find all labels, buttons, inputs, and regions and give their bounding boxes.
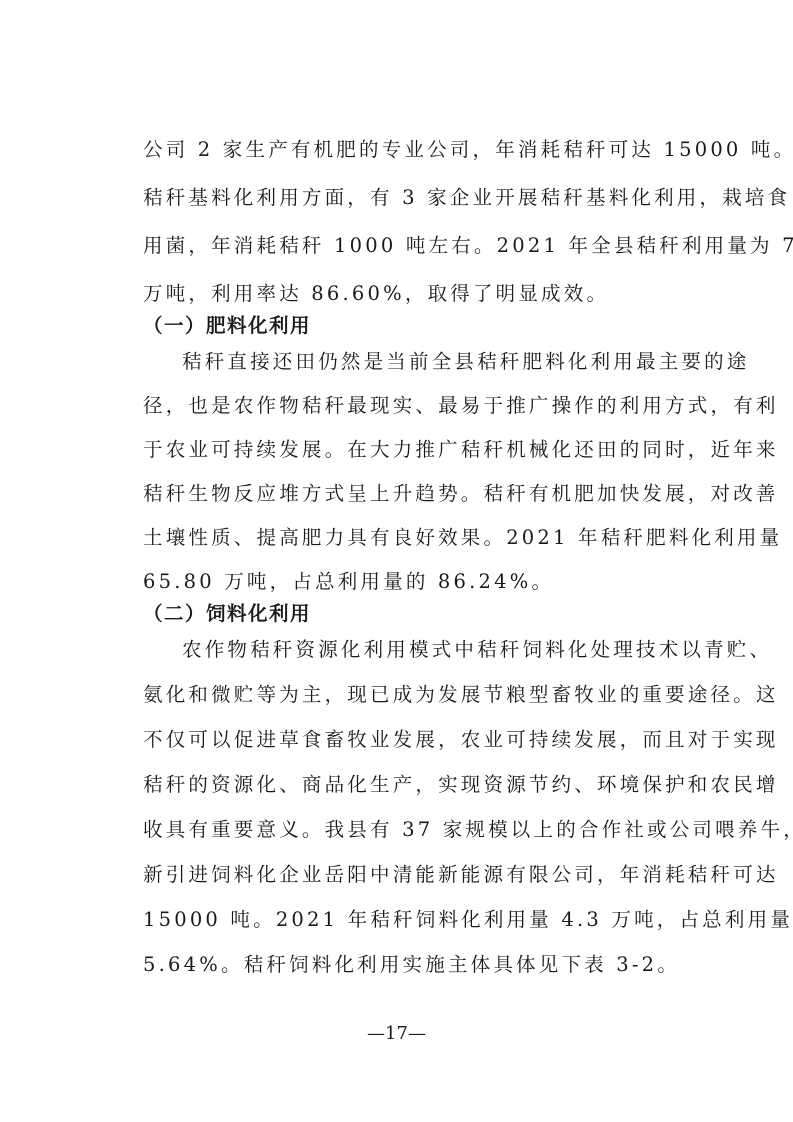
section2-line-1: 农作物秸秆资源化利用模式中秸秆饲料化处理技术以青贮、: [182, 632, 663, 668]
section2-line-5: 收具有重要意义。我县有 37 家规模以上的合作社或公司喂养牛，: [143, 812, 663, 848]
section1-line-2: 径，也是农作物秸秆最现实、最易于推广操作的利用方式，有利: [143, 388, 663, 424]
section-heading-feed: （二）饲料化利用: [143, 596, 311, 632]
section-heading-fertilizer: （一）肥料化利用: [143, 308, 311, 344]
section1-line-4: 秸秆生物反应堆方式呈上升趋势。秸秆有机肥加快发展，对改善: [143, 476, 663, 512]
section2-line-4: 秸秆的资源化、商品化生产，实现资源节约、环境保护和农民增: [143, 767, 663, 803]
document-page: 公司 2 家生产有机肥的专业公司，年消耗秸秆可达 15000 吨。在 秸秆基料化…: [0, 0, 793, 1122]
section2-line-6: 新引进饲料化企业岳阳中清能新能源有限公司，年消耗秸秆可达: [143, 857, 663, 893]
section1-line-5: 土壤性质、提高肥力具有良好效果。2021 年秸秆肥料化利用量: [143, 520, 663, 556]
page-number: —17—: [0, 1022, 793, 1046]
intro-line-3: 用菌，年消耗秸秆 1000 吨左右。2021 年全县秸秆利用量为 76.30: [143, 228, 663, 264]
section1-line-1: 秸秆直接还田仍然是当前全县秸秆肥料化利用最主要的途: [182, 344, 663, 380]
intro-line-2: 秸秆基料化利用方面，有 3 家企业开展秸秆基料化利用，栽培食: [143, 180, 663, 216]
section1-line-3: 于农业可持续发展。在大力推广秸秆机械化还田的同时，近年来: [143, 432, 663, 468]
intro-line-1: 公司 2 家生产有机肥的专业公司，年消耗秸秆可达 15000 吨。在: [143, 132, 663, 168]
intro-line-4: 万吨，利用率达 86.60%，取得了明显成效。: [143, 276, 663, 312]
section1-line-6: 65.80 万吨，占总利用量的 86.24%。: [143, 564, 663, 600]
section2-line-2: 氨化和微贮等为主，现已成为发展节粮型畜牧业的重要途径。这: [143, 677, 663, 713]
section2-line-8: 5.64%。秸秆饲料化利用实施主体具体见下表 3-2。: [143, 947, 663, 983]
section2-line-7: 15000 吨。2021 年秸秆饲料化利用量 4.3 万吨，占总利用量的: [143, 902, 663, 938]
section2-line-3: 不仅可以促进草食畜牧业发展，农业可持续发展，而且对于实现: [143, 722, 663, 758]
